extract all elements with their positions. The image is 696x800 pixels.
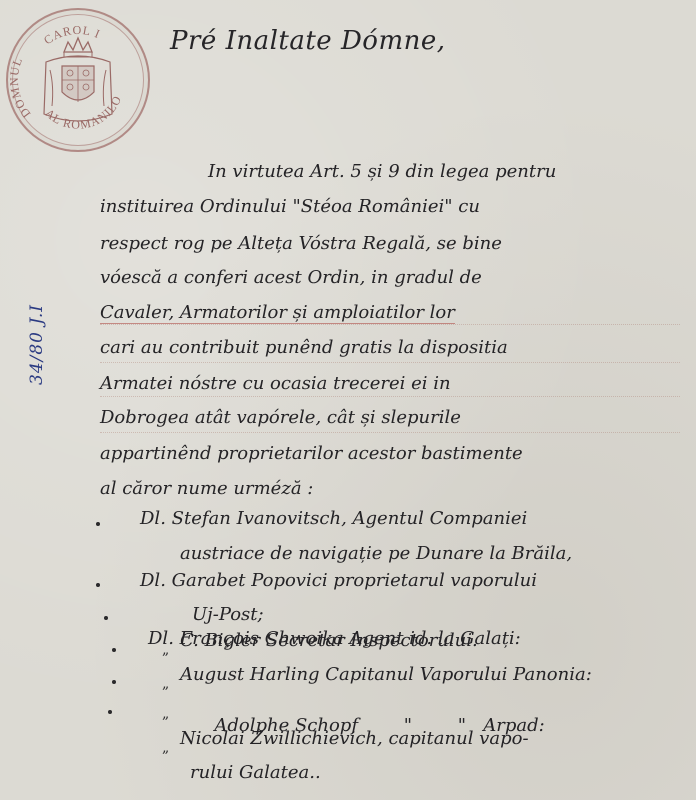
body-line-5: Cavaler, Armatorilor și amploiatilor lor bbox=[100, 302, 455, 324]
body-line-7: Armatei nóstre cu ocasia trecerei ei in bbox=[100, 373, 451, 394]
ditto-mark: „ bbox=[162, 706, 169, 722]
ditto-mark: „ bbox=[162, 642, 169, 658]
body-line-9: appartinênd proprietarilor acestor basti… bbox=[100, 443, 523, 464]
list-item-continuation: Uj-Post; bbox=[192, 604, 264, 625]
list-text: Nicolai Zwillichievich, capitanul vapo- bbox=[180, 728, 529, 749]
ditto-mark: „ bbox=[162, 676, 169, 692]
bullet-icon bbox=[96, 583, 100, 587]
list-text: Stefan Ivanovitsch, Agentul Companiei bbox=[172, 508, 528, 529]
list-item-harling: August Harling Capitanul Vaporului Panon… bbox=[180, 664, 592, 685]
list-item-continuation: rului Galatea.. bbox=[190, 762, 321, 783]
list-text: August Harling Capitanul Vaporului Panon… bbox=[180, 664, 592, 685]
list-item: Dl. Garabet Popovici proprietarul vaporu… bbox=[140, 570, 537, 591]
list-text: Garabet Popovici proprietarul vaporului bbox=[172, 570, 537, 591]
ruled-line bbox=[100, 396, 680, 397]
bullet-icon bbox=[96, 522, 100, 526]
body-line-10: al căror nume urméză : bbox=[100, 478, 313, 499]
registration-number-note: 34/80 J.I bbox=[27, 275, 47, 385]
ruled-line bbox=[100, 362, 680, 363]
svg-text:DOMNUL: DOMNUL bbox=[8, 55, 33, 121]
body-line-1: In virtutea Art. 5 și 9 din legea pentru bbox=[208, 161, 556, 182]
ditto-mark: „ bbox=[162, 740, 169, 756]
royal-seal-stamp: CAROL I AL ROMANILOR DOMNUL bbox=[6, 8, 150, 152]
list-item: Dl. Stefan Ivanovitsch, Agentul Companie… bbox=[140, 508, 527, 529]
ruled-line bbox=[100, 432, 680, 433]
body-line-4: vóescă a conferi acest Ordin, in gradul … bbox=[100, 267, 482, 288]
list-prefix: Dl bbox=[140, 508, 160, 529]
list-item-bigler: C. Bigler Secretar Inspectorului. bbox=[180, 630, 478, 651]
list-prefix: Dl bbox=[140, 570, 160, 591]
coat-of-arms-icon: CAROL I AL ROMANILOR DOMNUL bbox=[8, 10, 148, 150]
body-line-3: respect rog pe Alteța Vóstra Regală, se … bbox=[100, 233, 502, 254]
list-text: C. Bigler Secretar Inspectorului. bbox=[180, 630, 478, 651]
list-item-zwillichievich: Nicolai Zwillichievich, capitanul vapo- bbox=[180, 728, 529, 749]
body-line-2: instituirea Ordinului "Stéoa României" c… bbox=[100, 196, 480, 217]
list-item-continuation: austriace de navigație pe Dunare la Brăi… bbox=[180, 543, 572, 564]
letter-page: CAROL I AL ROMANILOR DOMNUL 34/80 J.I Pr… bbox=[0, 0, 696, 800]
bullet-icon bbox=[104, 616, 108, 620]
body-line-8: Dobrogea atât vapórele, cât și slepurile bbox=[100, 407, 461, 428]
ruled-line bbox=[100, 324, 680, 325]
body-line-6: cari au contribuit punênd gratis la disp… bbox=[100, 337, 508, 358]
bullet-icon bbox=[108, 710, 112, 714]
salutation-heading: Pré Inaltate Dómne, bbox=[170, 26, 446, 56]
svg-text:CAROL I: CAROL I bbox=[41, 23, 103, 47]
bullet-icon bbox=[112, 680, 116, 684]
bullet-icon bbox=[112, 648, 116, 652]
